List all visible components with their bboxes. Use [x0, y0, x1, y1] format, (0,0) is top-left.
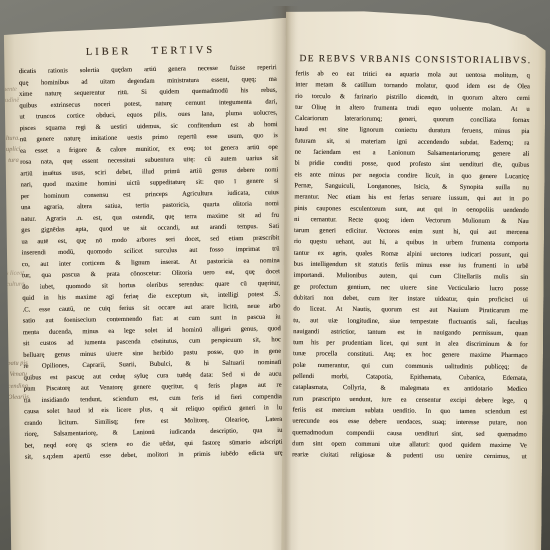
page-right: DE REBVS VRBANIS CONSISTORIALIBVS. ferii… [281, 8, 546, 550]
marginal-note: tudinē [3, 97, 19, 104]
text-line: reariæ ciuitati religiosæ & pudenti usu … [292, 449, 527, 462]
marginalia-column: uente tudinē ltura. uplici tura s liceat… [2, 18, 286, 22]
right-running-header: DE REBVS VRBANIS CONSISTORIALIBVS. [286, 54, 546, 66]
marginal-note: Venatu [9, 371, 26, 378]
marginal-note: cultura [6, 281, 24, 288]
marginal-note: cendina, [8, 383, 30, 390]
marginal-note: ltura. [6, 135, 20, 142]
marginal-note: patu pis [7, 360, 27, 367]
photo-backdrop: LIBER TERTIVS dicatis rationis solertia … [0, 0, 550, 550]
left-running-header: LIBER TERTIVS [2, 44, 292, 60]
marginal-note: uplici [6, 146, 21, 153]
marginal-note: uente [3, 86, 17, 93]
marginal-note: Olearijs. [8, 394, 31, 401]
marginal-note: s liceat [6, 270, 24, 277]
right-text-column: feriis ab eo eat tritici ea aquaria mola… [292, 68, 530, 462]
page-left: LIBER TERTIVS dicatis rationis solertia … [2, 18, 294, 550]
left-text-column: dicatis rationis solertia quędam artiū g… [19, 62, 283, 463]
marginal-note: tura [8, 157, 19, 164]
